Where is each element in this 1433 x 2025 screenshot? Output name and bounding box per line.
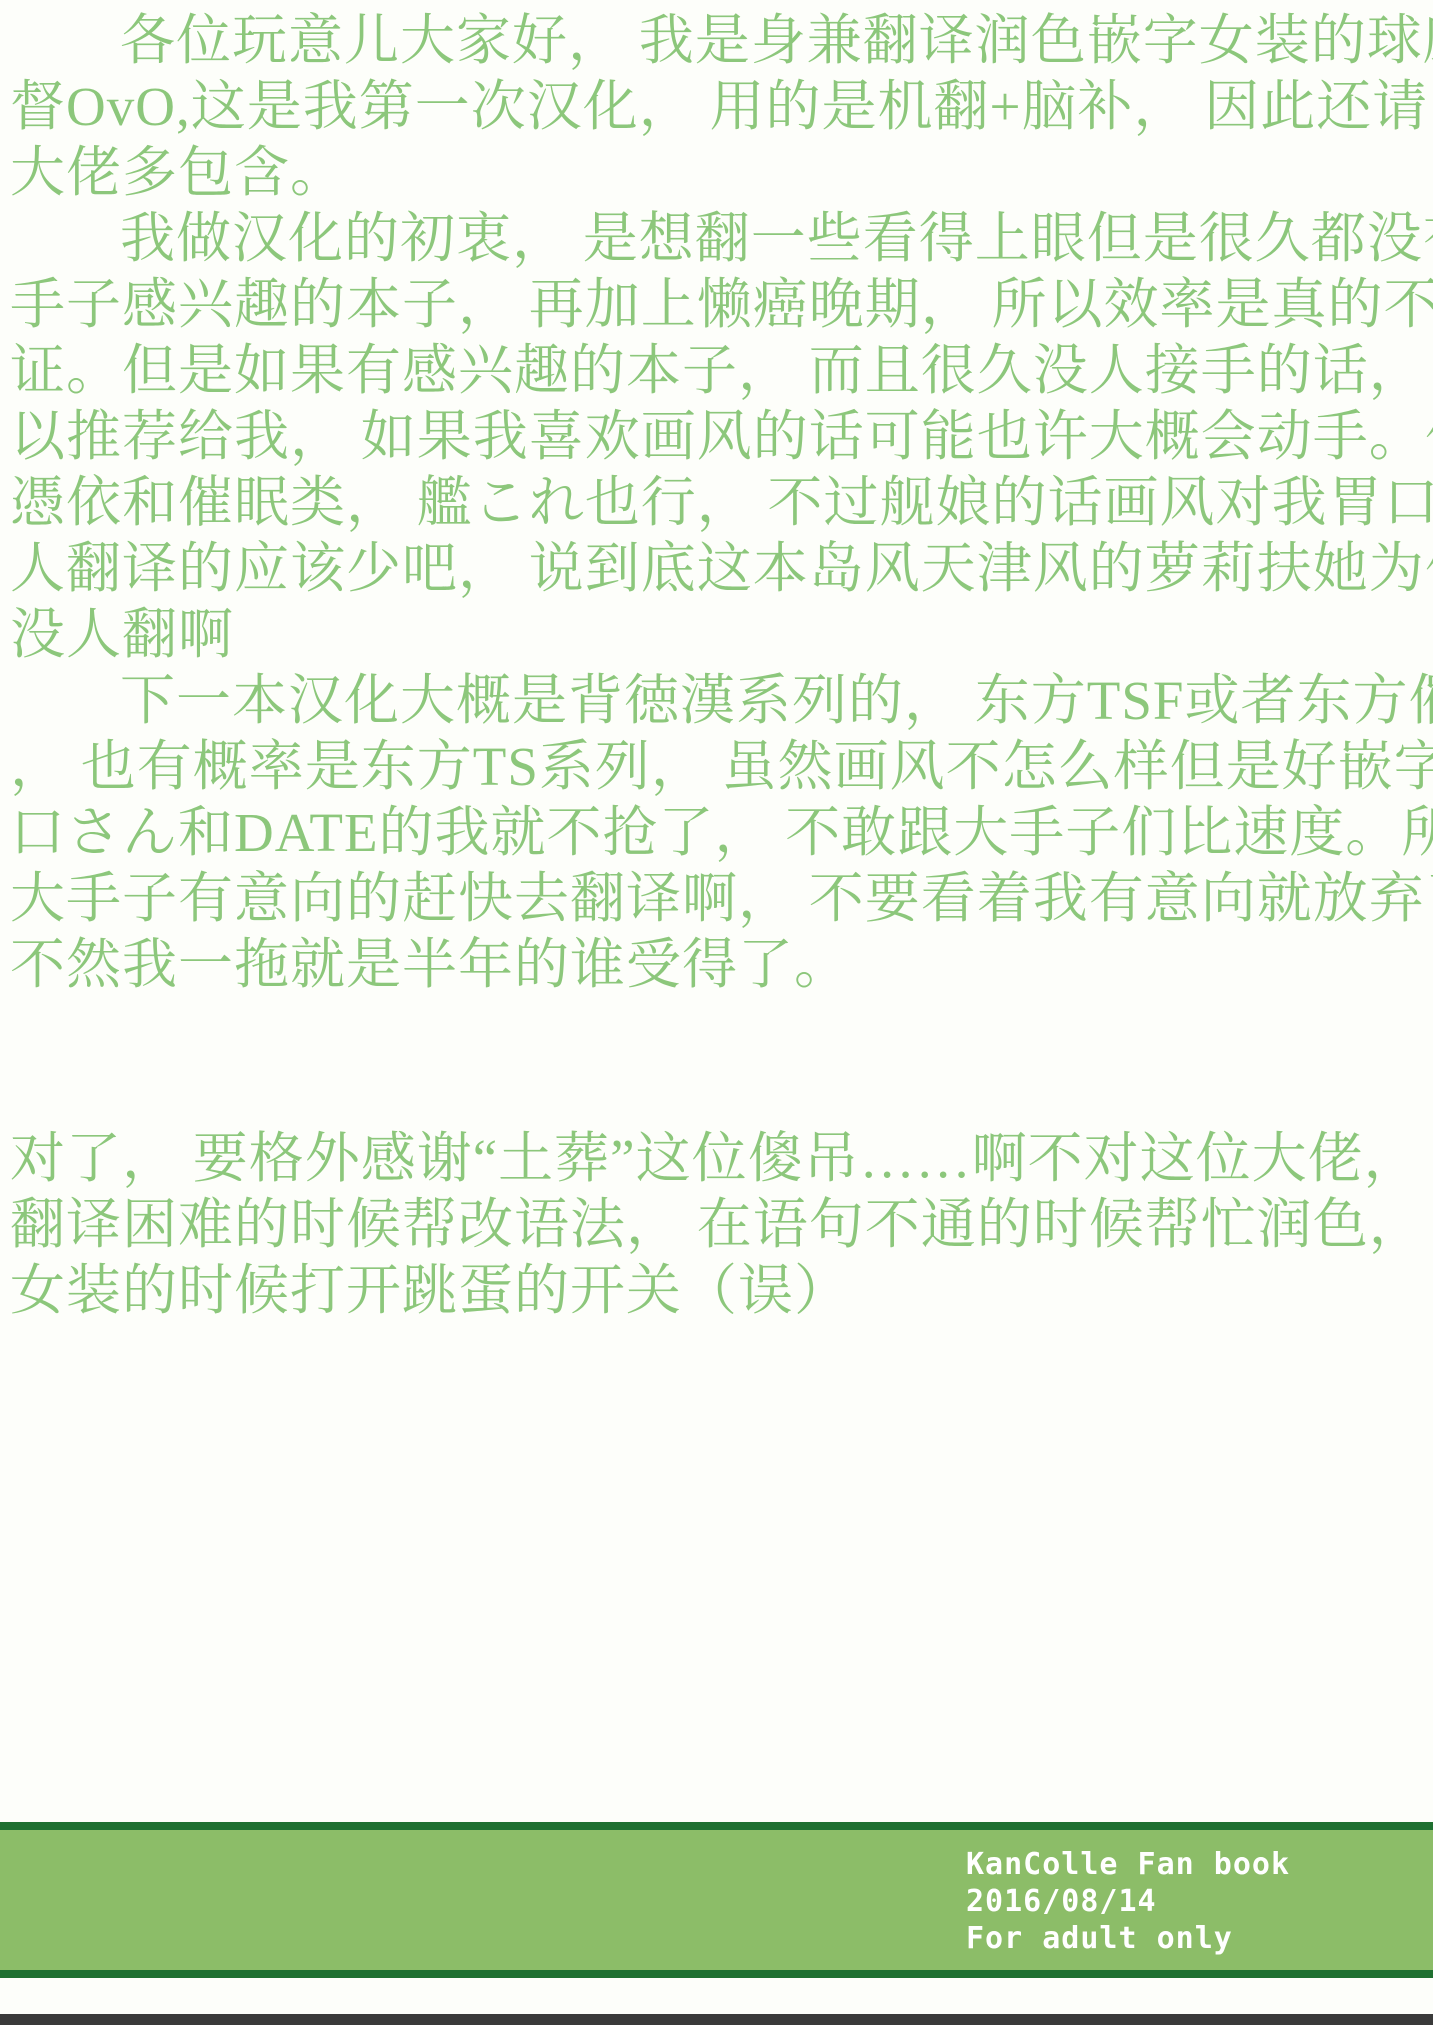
paragraph: 对了， 要格外感谢“土葬”这位傻吊……啊不对这位大佬， 在 翻译困难的时候帮改语… (10, 1126, 1425, 1324)
footer-line: For adult only (966, 1920, 1433, 1957)
text-line: 以推荐给我， 如果我喜欢画风的话可能也许大概会动手。仅限 (10, 404, 1425, 470)
footer: KanColle Fan book 2016/08/14 For adult o… (0, 1822, 1433, 1978)
footer-band: KanColle Fan book 2016/08/14 For adult o… (0, 1830, 1433, 1970)
text-line: 女装的时候打开跳蛋的开关（误） (10, 1258, 1425, 1324)
footer-line: KanColle Fan book (966, 1846, 1433, 1883)
footer-bottom-border (0, 1970, 1433, 1978)
paragraph: 我做汉化的初衷， 是想翻一些看得上眼但是很久都没有大 手子感兴趣的本子， 再加上… (10, 206, 1425, 668)
text-line: 人翻译的应该少吧， 说到底这本岛风天津风的萝莉扶她为什么 (10, 536, 1425, 602)
text-line: 翻译困难的时候帮改语法， 在语句不通的时候帮忙润色， 在我 (10, 1192, 1425, 1258)
text-line: 憑依和催眠类， 艦これ也行， 不过舰娘的话画风对我胃口还没 (10, 470, 1425, 536)
text-line: 大手子有意向的赶快去翻译啊， 不要看着我有意向就放弃了， (10, 866, 1425, 932)
text-line: 我做汉化的初衷， 是想翻一些看得上眼但是很久都没有大 (10, 206, 1425, 272)
text-line: 督OvO,这是我第一次汉化， 用的是机翻+脑补， 因此还请日语 (10, 74, 1425, 140)
text-line: 各位玩意儿大家好， 我是身兼翻译润色嵌字女装的球磨提 (10, 8, 1425, 74)
text-line: 口さん和DATE的我就不抢了， 不敢跟大手子们比速度。所以有 (10, 800, 1425, 866)
paragraph: 各位玩意儿大家好， 我是身兼翻译润色嵌字女装的球磨提 督OvO,这是我第一次汉化… (10, 8, 1425, 206)
text-line: 不然我一拖就是半年的谁受得了。 (10, 932, 1425, 998)
text-line: ， 也有概率是东方TS系列， 虽然画风不怎么样但是好嵌字， 谷 (10, 734, 1425, 800)
text-line: 没人翻啊 (10, 602, 1425, 668)
text-line: 大佬多包含。 (10, 140, 1425, 206)
text-line: 下一本汉化大概是背徳漢系列的， 东方TSF或者东方催眠 (10, 668, 1425, 734)
afterword-text: 各位玩意儿大家好， 我是身兼翻译润色嵌字女装的球磨提 督OvO,这是我第一次汉化… (10, 8, 1425, 1324)
text-line: 对了， 要格外感谢“土葬”这位傻吊……啊不对这位大佬， 在 (10, 1126, 1425, 1192)
bottom-bar (0, 2014, 1433, 2025)
text-line: 证。但是如果有感兴趣的本子， 而且很久没人接手的话， 也可 (10, 338, 1425, 404)
footer-line: 2016/08/14 (966, 1883, 1433, 1920)
footer-top-border (0, 1822, 1433, 1830)
text-line: 手子感兴趣的本子， 再加上懒癌晚期， 所以效率是真的不敢保 (10, 272, 1425, 338)
paragraph: 下一本汉化大概是背徳漢系列的， 东方TSF或者东方催眠 ， 也有概率是东方TS系… (10, 668, 1425, 998)
